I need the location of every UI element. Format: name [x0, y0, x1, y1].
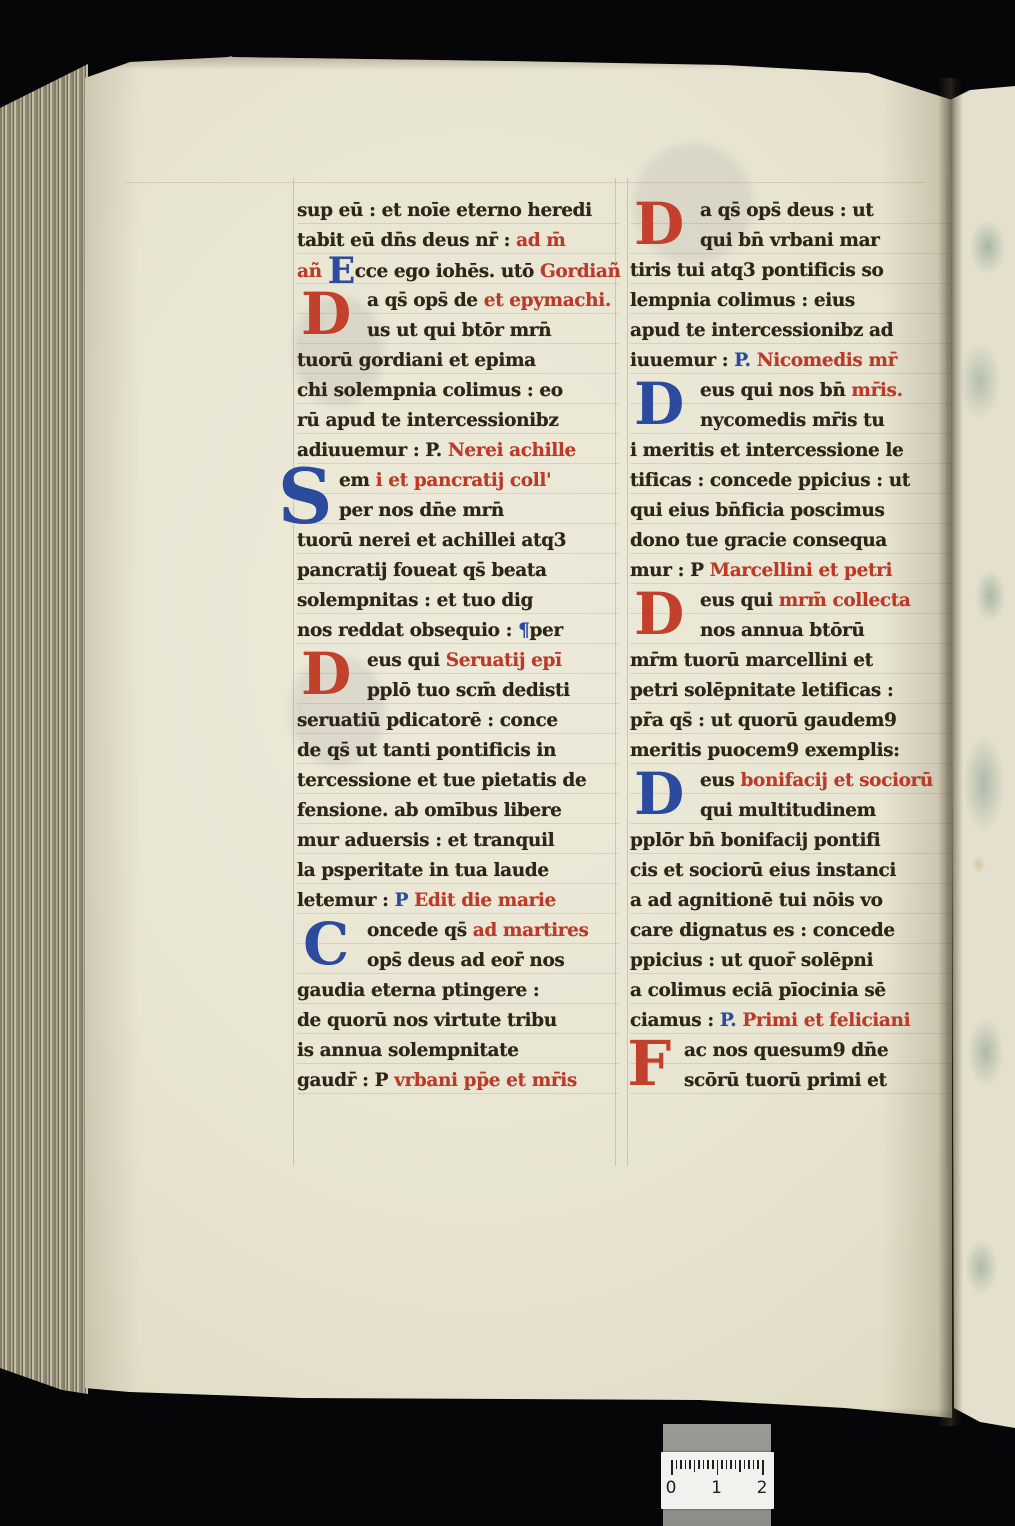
text-line: tercessione et tue pietatis de — [297, 766, 619, 796]
rubric-text: Nerei achille — [448, 440, 576, 461]
ruler-tick — [762, 1460, 764, 1475]
body-text: ¶ — [518, 620, 529, 641]
text-line: is annua solempnitate — [297, 1036, 619, 1066]
text-line: de qs̄ ut tanti pontificis in — [297, 736, 619, 766]
body-text: de qs̄ ut tanti pontificis in — [297, 740, 556, 761]
body-text: apud te intercessionibz ad — [630, 320, 893, 341]
body-text: cis et sociorū eius instanci — [630, 860, 896, 881]
text-column-left: sup eū : et noīe eterno hereditabit eū d… — [297, 196, 619, 1098]
body-text: pplō tuo scm̄ dedisti — [367, 680, 570, 701]
body-text: eus — [700, 770, 740, 791]
body-text: em — [339, 470, 376, 491]
body-text: eus qui nos bn̄ — [700, 380, 851, 401]
text-line: scōrū tuorū primi et — [630, 1066, 952, 1096]
text-line: tuorū nerei et achillei atq3 — [297, 526, 619, 556]
text-line: Concede qs̄ ad martires — [297, 916, 619, 946]
body-text: qui eius bn̄ficia poscimus — [630, 500, 884, 521]
rubric-text: Seruatij epī — [446, 650, 562, 671]
body-text: is annua solempnitate — [297, 1040, 519, 1061]
body-text: tuorū nerei et achillei atq3 — [297, 530, 566, 551]
ruling-line-horizontal — [125, 182, 925, 183]
text-line: pancratij foueat qs̄ beata — [297, 556, 619, 586]
text-line: petri solēpnitate letificas : — [630, 676, 952, 706]
text-line: per nos dn̄e mrn̄ — [297, 496, 619, 526]
body-text: tercessione et tue pietatis de — [297, 770, 586, 791]
text-line: Deus qui mrm̄ collecta — [630, 586, 952, 616]
ruler-label: 2 — [752, 1478, 772, 1498]
text-line: de quorū nos virtute tribu — [297, 1006, 619, 1036]
body-text: gaudia eterna ptingere : — [297, 980, 539, 1001]
body-text: letemur : — [297, 890, 395, 911]
ruler-tick — [753, 1460, 755, 1469]
body-text: mr̄m tuorū marcellini et — [630, 650, 873, 671]
text-line: la psperitate in tua laude — [297, 856, 619, 886]
body-text: a qs̄ ops̄ deus : ut — [700, 200, 873, 221]
text-line: nycomedis mr̄is tu — [630, 406, 952, 436]
text-line: solempnitas : et tuo dig — [297, 586, 619, 616]
text-line: pr̄a qs̄ : ut quorū gaudem9 — [630, 706, 952, 736]
body-text: a colimus eciā pīocinia sē — [630, 980, 886, 1001]
rubric-text: bonifacij et sociorū — [740, 770, 932, 791]
text-line: lempnia colimus : eius — [630, 286, 952, 316]
body-text: seruatiū pdicatorē : conce — [297, 710, 558, 731]
text-line: pplō tuo scm̄ dedisti — [297, 676, 619, 706]
body-text: dono tue gracie consequa — [630, 530, 887, 551]
body-text: P. — [720, 1010, 743, 1031]
text-line: i meritis et intercessione le — [630, 436, 952, 466]
book-gutter-fold — [938, 78, 962, 1426]
body-text: ac nos quesum9 dn̄e — [684, 1040, 888, 1061]
text-line: Sem i et pancratij coll' — [297, 466, 619, 496]
rubric-text: Edit die marie — [414, 890, 556, 911]
body-text: a qs̄ ops̄ de — [367, 290, 484, 311]
rubric-text: mrm̄ collecta — [779, 590, 911, 611]
body-text: per nos dn̄e mrn̄ — [339, 500, 504, 521]
text-line: cis et sociorū eius instanci — [630, 856, 952, 886]
body-text: gaudr̄ : P — [297, 1070, 394, 1091]
text-line: care dignatus es : concede — [630, 916, 952, 946]
body-text: pplōr bn̄ bonifacij pontifi — [630, 830, 880, 851]
text-line: ppicius : ut quor̄ solēpni — [630, 946, 952, 976]
rubric-text: ad m̄ — [516, 230, 565, 251]
text-line: tificas : concede ppicius : ut — [630, 466, 952, 496]
ruling-line-vertical — [627, 178, 628, 1166]
body-text: scōrū tuorū primi et — [684, 1070, 887, 1091]
body-text: petri solēpnitate letificas : — [630, 680, 893, 701]
body-text: iuuemur : — [630, 350, 734, 371]
text-line: rū apud te intercessionibz — [297, 406, 619, 436]
text-line: sup eū : et noīe eterno heredi — [297, 196, 619, 226]
ruler-label: 1 — [707, 1478, 727, 1498]
rubric-text: Gordiañ — [540, 261, 621, 282]
body-text: nos reddat obsequio : — [297, 620, 518, 641]
ruler-tick — [671, 1460, 673, 1475]
ruler-tick — [757, 1460, 759, 1469]
body-text: lempnia colimus : eius — [630, 290, 855, 311]
rubric-text: et epymachi. — [484, 290, 611, 311]
text-line: apud te intercessionibz ad — [630, 316, 952, 346]
body-text: eus qui — [367, 650, 446, 671]
ruler-tick — [685, 1460, 687, 1469]
body-text: tiris tui atq3 pontificis so — [630, 260, 883, 281]
ruler-tick — [726, 1460, 728, 1469]
cm-ruler: 012 — [661, 1452, 774, 1509]
body-text: care dignatus es : concede — [630, 920, 895, 941]
rubric-text: Nicomedis mr̄ — [757, 350, 897, 371]
ruler-tick — [698, 1460, 700, 1469]
rubric-text: Primi et feliciani — [742, 1010, 910, 1031]
ruler-tick — [694, 1460, 696, 1472]
body-text: mur : P — [630, 560, 710, 581]
body-text: nycomedis mr̄is tu — [700, 410, 884, 431]
body-text: tabit eū dn̄s deus nr̄ : — [297, 230, 516, 251]
manuscript-photo: sup eū : et noīe eterno hereditabit eū d… — [0, 0, 1015, 1526]
text-line: Fac nos quesum9 dn̄e — [630, 1036, 952, 1066]
body-text: de quorū nos virtute tribu — [297, 1010, 557, 1031]
body-text: ops̄ deus ad eor̄ nos — [367, 950, 564, 971]
manuscript-page: sup eū : et noīe eterno hereditabit eū d… — [85, 56, 952, 1420]
rubric-text: ad martires — [473, 920, 589, 941]
ruler-tick — [748, 1460, 750, 1469]
body-text: la psperitate in tua laude — [297, 860, 549, 881]
body-text: nos annua btōrū — [700, 620, 864, 641]
body-text: mur aduersis : et tranquil — [297, 830, 554, 851]
body-text: solempnitas : et tuo dig — [297, 590, 533, 611]
body-text: pr̄a qs̄ : ut quorū gaudem9 — [630, 710, 897, 731]
body-text: ppicius : ut quor̄ solēpni — [630, 950, 873, 971]
ruler-tick — [703, 1460, 705, 1469]
ruler-tick — [707, 1460, 709, 1469]
ruler-tick — [676, 1460, 678, 1469]
body-text: P — [395, 890, 415, 911]
body-text: a ad agnitionē tui nōis vo — [630, 890, 883, 911]
body-text: oncede qs̄ — [367, 920, 473, 941]
ruler-tick — [721, 1460, 723, 1469]
text-line: seruatiū pdicatorē : conce — [297, 706, 619, 736]
text-line: nos annua btōrū — [630, 616, 952, 646]
text-line: us ut qui btōr mrn̄ — [297, 316, 619, 346]
body-text: i meritis et intercessione le — [630, 440, 903, 461]
rubric-text: Marcellini et petri — [710, 560, 892, 581]
ruler-tick — [717, 1460, 719, 1475]
body-text: fensione. ab omībus libere — [297, 800, 562, 821]
text-line: gaudia eterna ptingere : — [297, 976, 619, 1006]
text-line: chi solempnia colimus : eo — [297, 376, 619, 406]
body-text: pancratij foueat qs̄ beata — [297, 560, 547, 581]
text-line: mr̄m tuorū marcellini et — [630, 646, 952, 676]
text-line: qui multitudinem — [630, 796, 952, 826]
body-text: tificas : concede ppicius : ut — [630, 470, 910, 491]
rubric-text: añ — [297, 261, 328, 282]
text-line: mur aduersis : et tranquil — [297, 826, 619, 856]
rubric-text: mr̄is. — [851, 380, 902, 401]
rubric-text: i et pancratij coll' — [376, 470, 552, 491]
text-line: pplōr bn̄ bonifacij pontifi — [630, 826, 952, 856]
body-text: chi solempnia colimus : eo — [297, 380, 563, 401]
text-line: gaudr̄ : P vrbani pp̄e et mr̄is — [297, 1066, 619, 1096]
text-line: Da qs̄ ops̄ deus : ut — [630, 196, 952, 226]
text-line: ciamus : P. Primi et feliciani — [630, 1006, 952, 1036]
text-line: ops̄ deus ad eor̄ nos — [297, 946, 619, 976]
text-line: tiris tui atq3 pontificis so — [630, 256, 952, 286]
body-text: qui bn̄ vrbani mar — [700, 230, 880, 251]
rubric-text: vrbani pp̄e et mr̄is — [394, 1070, 577, 1091]
body-text: cce ego iohēs. utō — [355, 261, 540, 282]
ruler-tick — [744, 1460, 746, 1469]
text-line: Da qs̄ ops̄ de et epymachi. — [297, 286, 619, 316]
book-page-stack-edge — [0, 64, 88, 1394]
ruler-tick — [735, 1460, 737, 1469]
text-line: Deus bonifacij et sociorū — [630, 766, 952, 796]
text-line: Deus qui nos bn̄ mr̄is. — [630, 376, 952, 406]
text-line: dono tue gracie consequa — [630, 526, 952, 556]
text-line: qui eius bn̄ficia poscimus — [630, 496, 952, 526]
text-line: qui bn̄ vrbani mar — [630, 226, 952, 256]
text-line: tuorū gordiani et epima — [297, 346, 619, 376]
text-column-right: Da qs̄ ops̄ deus : utqui bn̄ vrbani mart… — [630, 196, 952, 1098]
ruler-tick — [730, 1460, 732, 1469]
body-text: per — [530, 620, 563, 641]
body-text: meritis puocem9 exemplis: — [630, 740, 900, 761]
body-text: us ut qui btōr mrn̄ — [367, 320, 551, 341]
ruler-label: 0 — [661, 1478, 681, 1498]
body-text: tuorū gordiani et epima — [297, 350, 536, 371]
ruler-tick — [689, 1460, 691, 1469]
body-text: P. — [734, 350, 757, 371]
body-text: eus qui — [700, 590, 779, 611]
text-line: a ad agnitionē tui nōis vo — [630, 886, 952, 916]
ruler-tick — [739, 1460, 741, 1472]
ruler-tick — [712, 1460, 714, 1469]
text-line: fensione. ab omībus libere — [297, 796, 619, 826]
ruler-tick — [680, 1460, 682, 1469]
body-text: rū apud te intercessionibz — [297, 410, 558, 431]
text-line: adiuuemur : P. Nerei achille — [297, 436, 619, 466]
text-line: a colimus eciā pīocinia sē — [630, 976, 952, 1006]
text-line: Deus qui Seruatij epī — [297, 646, 619, 676]
body-text: sup eū : et noīe eterno heredi — [297, 200, 592, 221]
body-text: qui multitudinem — [700, 800, 876, 821]
